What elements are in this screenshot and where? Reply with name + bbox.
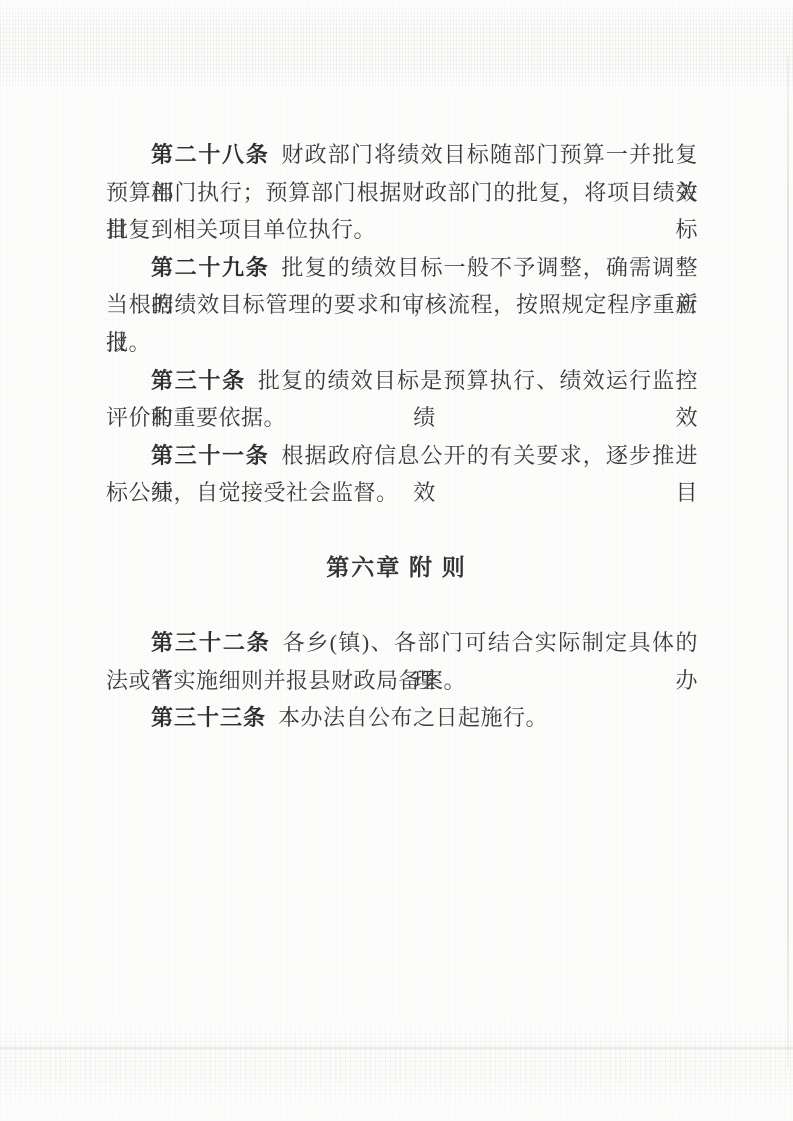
article-number: 第三十一条	[151, 443, 269, 468]
line-text: 批。	[106, 330, 151, 355]
text-line: 第三十条批复的绩效目标是预算执行、绩效运行监控和绩效	[106, 362, 698, 400]
article-number: 第三十三条	[151, 705, 266, 730]
article-number: 第二十九条	[151, 255, 269, 280]
scan-noise-top	[0, 6, 793, 92]
line-text: 评价的重要依据。	[106, 405, 286, 430]
scan-artifact-line	[0, 1047, 793, 1049]
line-text: 本办法自公布之日起施行。	[278, 705, 548, 730]
article-number: 第三十二条	[151, 630, 271, 655]
text-line: 第三十三条本办法自公布之日起施行。	[106, 699, 698, 737]
chapter-heading: 第六章 附 则	[0, 549, 793, 587]
text-line: 第三十二条各乡(镇)、各部门可结合实际制定具体的管理办	[106, 624, 698, 662]
article-number: 第二十八条	[151, 142, 269, 167]
text-line: 第二十九条批复的绩效目标一般不予调整，确需调整的，应	[106, 249, 698, 287]
text-line: 批。	[106, 324, 698, 362]
scan-noise-bottom	[0, 1022, 793, 1106]
articles-section-1: 第二十八条财政部门将绩效目标随部门预算一并批复相关预算部门执行；预算部门根据财政…	[106, 136, 698, 512]
text-line: 第二十八条财政部门将绩效目标随部门预算一并批复相关	[106, 136, 698, 174]
scanned-page: 第二十八条财政部门将绩效目标随部门预算一并批复相关预算部门执行；预算部门根据财政…	[0, 0, 793, 1121]
article-number: 第三十条	[151, 368, 246, 393]
line-text: 批复到相关项目单位执行。	[106, 217, 376, 242]
line-text: 法或者实施细则并报县财政局备案。	[106, 668, 466, 693]
text-line: 预算部门执行；预算部门根据财政部门的批复，将项目绩效目标	[106, 174, 698, 212]
text-line: 当根据绩效目标管理的要求和审核流程，按照规定程序重新报	[106, 286, 698, 324]
articles-section-2: 第三十二条各乡(镇)、各部门可结合实际制定具体的管理办法或者实施细则并报县财政局…	[106, 624, 698, 737]
line-text: 标公开，自觉接受社会监督。	[106, 480, 399, 505]
text-line: 第三十一条根据政府信息公开的有关要求，逐步推进绩效目	[106, 437, 698, 475]
